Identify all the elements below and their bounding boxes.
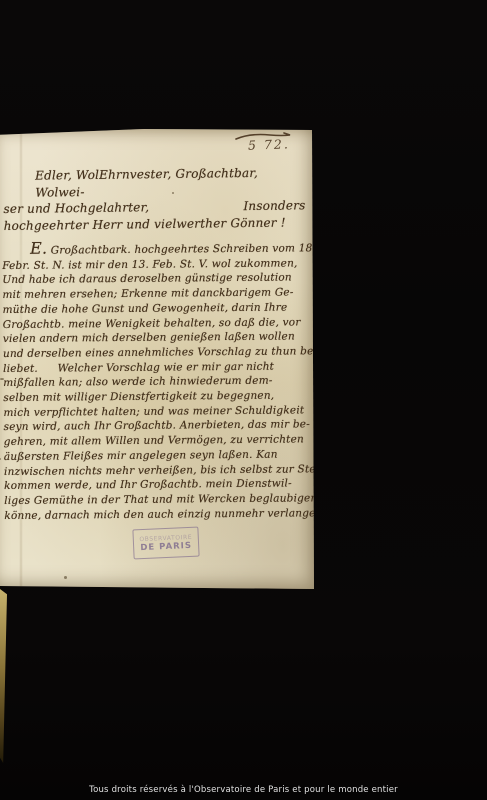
page-edge-fragment bbox=[0, 589, 7, 763]
archival-number: 5 72. bbox=[234, 130, 306, 156]
library-stamp: OBSERVATOIRE DE PARIS bbox=[132, 527, 199, 560]
manuscript-line: hochgeehrter Herr und vielwerther Gönner… bbox=[4, 214, 306, 234]
salutation-line2-left: ser und Hochgelahrter, bbox=[3, 199, 149, 217]
letter-body: E. Großachtbark. hochgeehrtes Schreiben … bbox=[2, 239, 310, 523]
ink-speck bbox=[0, 458, 1, 460]
ink-speck bbox=[0, 378, 4, 380]
manuscript-page: 5 72. Edler, WolEhrnvester, Großachtbar,… bbox=[0, 128, 315, 592]
salutation-block: Edler, WolEhrnvester, Großachtbar, Wolwe… bbox=[3, 164, 306, 234]
manuscript-line: könne, darnach mich den auch einzig nunm… bbox=[4, 506, 310, 523]
ink-speck bbox=[172, 192, 174, 194]
archival-number-text: 5 72. bbox=[248, 136, 290, 152]
manuscript-line: Edler, WolEhrnvester, Großachtbar, Wolwe… bbox=[3, 164, 305, 201]
library-stamp-line2: DE PARIS bbox=[140, 540, 192, 552]
scan-viewer-canvas: 5 72. Edler, WolEhrnvester, Großachtbar,… bbox=[0, 0, 487, 800]
copyright-notice: Tous droits réservés à l'Observatoire de… bbox=[0, 785, 487, 795]
salutation-line2-right: Insonders bbox=[243, 197, 305, 214]
ink-speck bbox=[64, 576, 67, 579]
